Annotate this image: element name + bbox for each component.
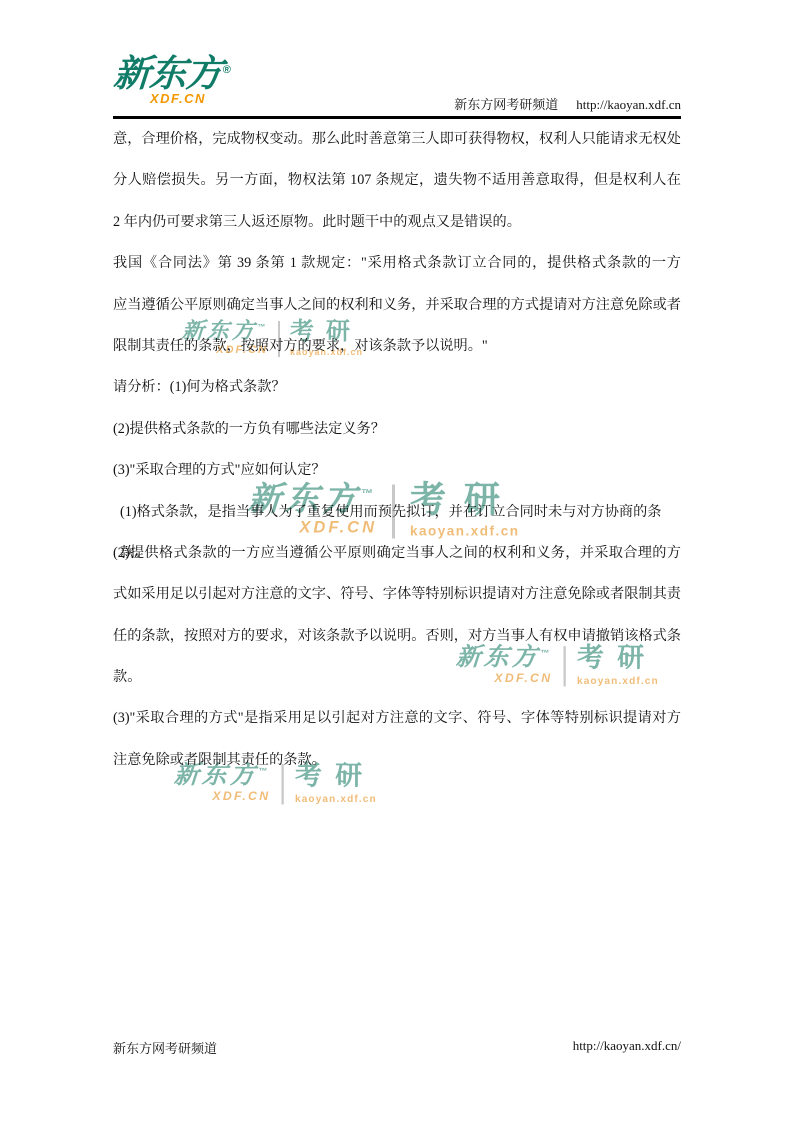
text-line: 任的条款，按照对方的要求，对该条款予以说明。否则，对方当事人有权申请撤销该格式条	[113, 616, 681, 657]
header-right: 新东方网考研频道http://kaoyan.xdf.cn	[454, 94, 681, 113]
xdf-logo: 新东方® XDF.CN	[112, 54, 228, 106]
logo-brand-text: 新东方®	[112, 54, 231, 95]
text-line: 式如采用足以引起对方注意的文字、符号、字体等特别标识提请对方注意免除或者限制其责	[113, 574, 681, 615]
text-line: 限制其责任的条款，按照对方的要求，对该条款予以说明。"	[113, 326, 681, 367]
logo-text: 新东方	[112, 53, 223, 94]
document-page: 新东方® XDF.CN 新东方网考研频道http://kaoyan.xdf.cn…	[0, 0, 794, 1123]
text-line: (3)"采取合理的方式"应如何认定？	[113, 450, 681, 491]
text-line: 注意免除或者限制其责任的条款。	[113, 740, 681, 781]
text-line: 我国《合同法》第 39 条第 1 款规定："采用格式条款订立合同的，提供格式条款…	[113, 243, 681, 284]
watermark-product-domain: kaoyan.xdf.cn	[295, 793, 377, 804]
watermark-brand-domain: XDF.CN	[174, 790, 270, 803]
registered-trademark-icon: ®	[222, 64, 230, 76]
header-url-link[interactable]: http://kaoyan.xdf.cn	[576, 97, 681, 112]
text-line: (2)提供格式条款的一方负有哪些法定义务？	[113, 409, 681, 450]
footer-url-link[interactable]: http://kaoyan.xdf.cn/	[573, 1038, 681, 1054]
header-channel-label: 新东方网考研频道	[454, 97, 558, 112]
text-line: 分人赔偿损失。另一方面，物权法第 107 条规定，遗失物不适用善意取得，但是权利…	[113, 160, 681, 201]
text-line: (1)格式条款，是指当事人为了重复使用而预先拟订，并在订立合同时未与对方协商的条…	[113, 492, 681, 533]
text-line: 2 年内仍可要求第三人返还原物。此时题干中的观点又是错误的。	[113, 202, 681, 243]
text-line: 请分析：(1)何为格式条款？	[113, 367, 681, 408]
text-line: 款。	[113, 657, 681, 698]
document-lines: 意，合理价格，完成物权变动。那么此时善意第三人即可获得物权，权利人只能请求无权处…	[113, 119, 681, 781]
text-line: (2)提供格式条款的一方应当遵循公平原则确定当事人之间的权利和义务，并采取合理的…	[113, 533, 681, 574]
footer-channel-label: 新东方网考研频道	[113, 1038, 217, 1057]
text-line: 应当遵循公平原则确定当事人之间的权利和义务，并采取合理的方式提请对方注意免除或者	[113, 285, 681, 326]
text-line: 意，合理价格，完成物权变动。那么此时善意第三人即可获得物权，权利人只能请求无权处	[113, 119, 681, 160]
text-line: (3)"采取合理的方式"是指采用足以引起对方注意的文字、符号、字体等特别标识提请…	[113, 698, 681, 739]
